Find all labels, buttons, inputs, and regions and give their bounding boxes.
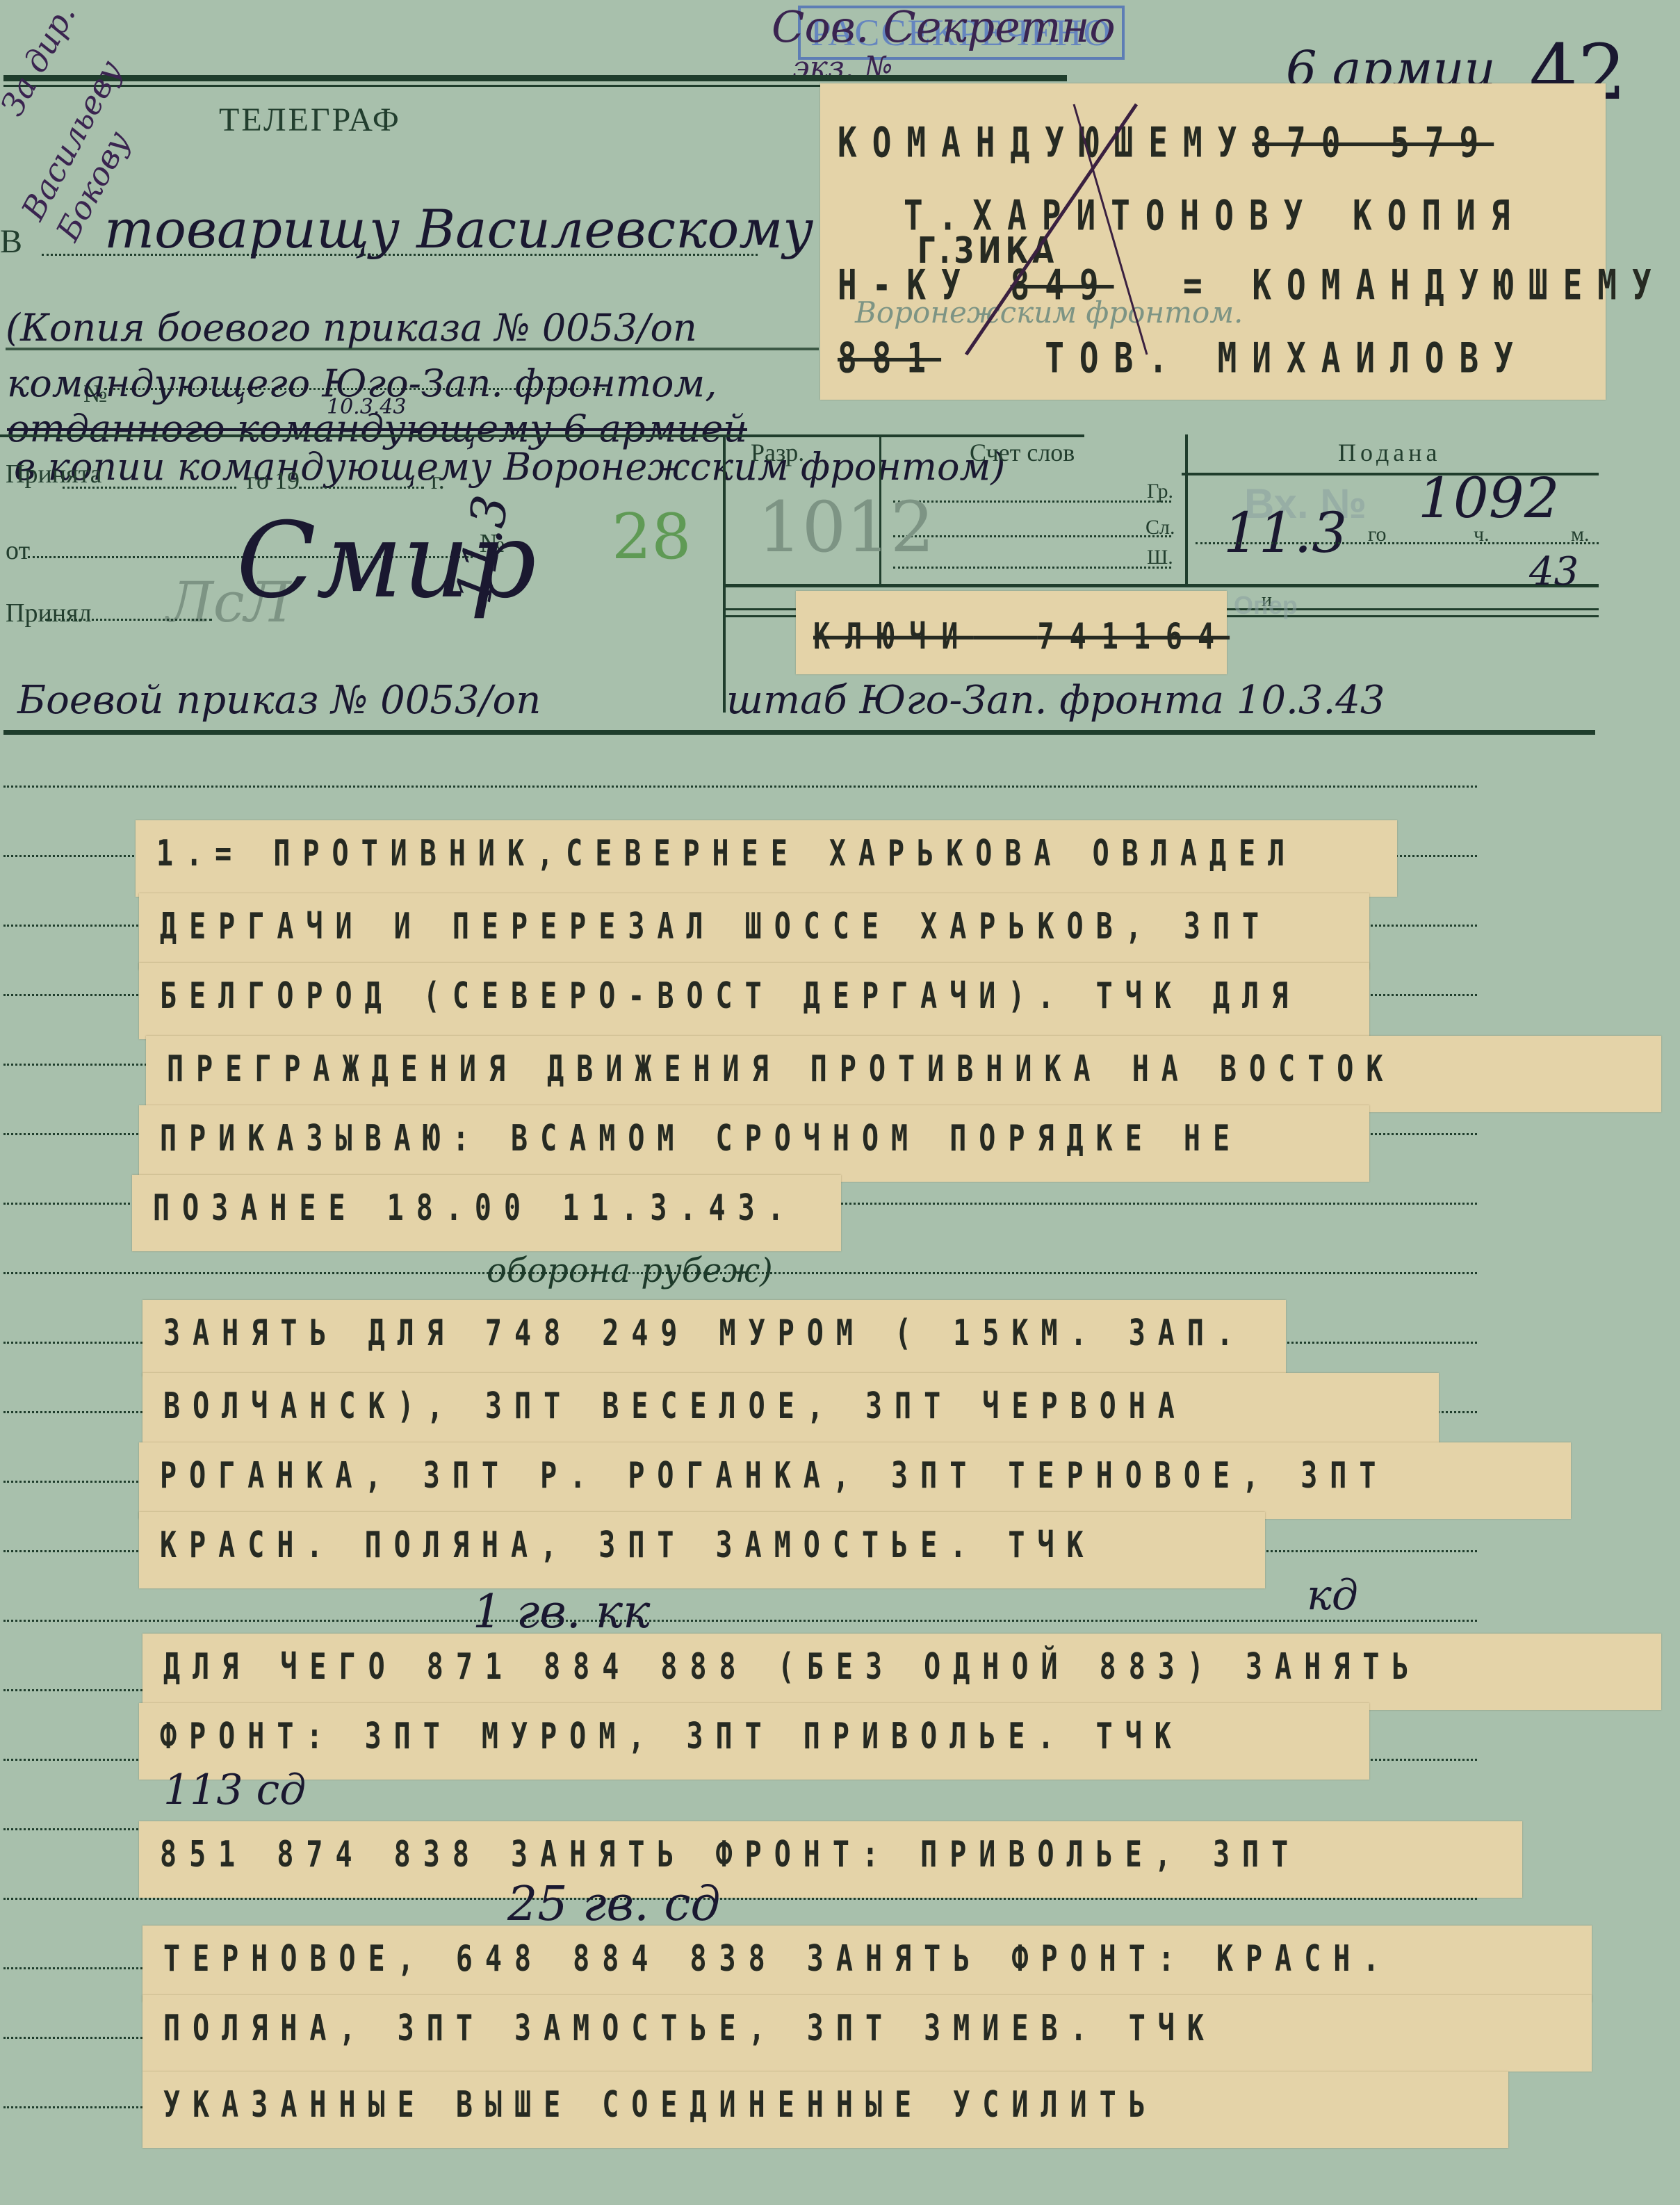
accepted-g: г. [431,466,445,495]
message-line: РОГАНКА, ЗПТ Р. РОГАНКА, ЗПТ ТЕРНОВОЕ, З… [160,1458,1388,1494]
accepted-year-line [299,487,424,489]
message-line: 851 874 838 ЗАНЯТЬ ФРОНТ: ПРИВОЛЬЕ, ЗПТ [160,1837,1300,1873]
message-line: ПРЕГРАЖДЕНИЯ ДВИЖЕНИЯ ПРОТИВНИКА НА ВОСТ… [167,1051,1395,1087]
ruled-line [3,1898,1477,1900]
copy-note-line-4: в копии командующему Воронежским фронтом… [14,445,1005,489]
message-line: КРАСН. ПОЛЯНА, ЗПТ ЗАМОСТЬЕ. ТЧК [160,1527,1096,1563]
accepted-19: 19 [275,466,300,495]
form-title: ТЕЛЕГРАФ [219,101,401,139]
received-line [45,619,212,621]
table-rule-bottom [723,584,1599,587]
message-line: ДЕРГАЧИ И ПЕРЕРЕЗАЛ ШОССЕ ХАРЬКОВ, ЗПТ [160,909,1271,945]
message-line: ПОЗАНЕЕ 18.00 11.3.43. [153,1190,797,1226]
sl-line [893,535,1171,537]
message-line: ПОЛЯНА, ЗПТ ЗАМОСТЬЕ, ЗПТ ЗМИЕВ. ТЧК [163,2010,1216,2047]
ruled-line [3,786,1477,788]
received-by-label: Принял [6,598,92,628]
to-prefix: В [0,222,22,261]
submitted-date: 11.3 [1223,501,1347,565]
message-line: ДЛЯ ЧЕГО 871 884 888 (БЕЗ ОДНОЙ 883) ЗАН… [163,1649,1421,1685]
kd-note: кд [1307,1571,1358,1620]
time-go: го [1368,523,1387,546]
rifle-div-25-note: 25 гв. сд [507,1877,721,1932]
header-rule [3,75,1067,81]
sh-line [893,567,1171,569]
defense-line-note: оборона рубеж) [487,1251,773,1290]
submitted-year: 43 [1529,549,1579,594]
order-ref-right: штаб Юго-Зап. фронта 10.3.43 [726,678,1385,723]
order-ref-left: Боевой приказ № 0053/оп [17,678,541,723]
time-ch: ч. [1474,523,1490,546]
message-line: ТЕРНОВОЕ, 648 884 838 ЗАНЯТЬ ФРОНТ: КРАС… [163,1941,1392,1977]
cavalry-corps-note: 1 гв. кк [473,1585,651,1638]
ops-dept-stamp: Опер [1234,591,1298,620]
green-number: 28 [612,501,692,573]
message-line: 1.= ПРОТИВНИК,СЕВЕРНЕЕ ХАРЬКОВА ОВЛАДЕЛ [156,836,1297,872]
addressee: товарищу Василевскому [104,198,813,260]
message-line: ВОЛЧАНСК), ЗПТ ВЕСЕЛОЕ, ЗПТ ЧЕРВОНА [163,1388,1187,1424]
from-label: от [6,535,30,566]
top-secret-note: Сов. Секретно [772,1,1116,52]
table-vline-1 [723,434,726,713]
accepted-go: го [247,466,269,495]
ruled-line [3,1620,1477,1622]
copy-note-line-1: (Копия боевого приказа № 0053/оп [6,306,697,350]
rifle-div-113-note: 113 сд [163,1766,306,1814]
col-word-count: Счет слов [970,438,1075,467]
accepted-label: Принята [6,459,102,489]
submitted-time-line [1196,542,1599,544]
time-m: м. [1571,523,1589,546]
cross-out-mark [904,90,1223,368]
row-gr: Гр. [1147,480,1173,503]
message-line: ЗАНЯТЬ ДЛЯ 748 249 МУРОМ ( 15КМ. ЗАП. [163,1315,1246,1351]
row-sh: Ш. [1147,546,1173,569]
incoming-number: 1092 [1418,466,1560,530]
gr-line [893,501,1171,503]
message-line: УКАЗАННЫЕ ВЫШЕ СОЕДИНЕННЫЕ УСИЛИТЬ [163,2087,1158,2123]
copy-note-underline [6,348,819,350]
razr-number: 1012 [758,487,935,568]
message-line: ФРОНТ: ЗПТ МУРОМ, ЗПТ ПРИВОЛЬЕ. ТЧК [160,1718,1184,1755]
col-razr: Разр. [751,438,804,467]
message-line: БЕЛГОРОД (СЕВЕРО-ВОСТ ДЕРГАЧИ). ТЧК ДЛЯ [160,978,1300,1014]
copy-note-line-3: отданного командующему 6 армией [7,407,747,450]
table-vline-3 [1185,434,1188,584]
message-line: ПРИКАЗЫВАЮ: ВСАМОМ СРОЧНОМ ПОРЯДКЕ НЕ [160,1121,1242,1157]
form-rule-2 [0,434,1084,437]
col-submitted: Подана [1338,438,1442,467]
keys-text: КЛЮЧИ 741164 [813,619,1230,655]
body-top-rule [3,730,1595,735]
row-sl: Сл. [1145,516,1175,539]
accepted-line [63,487,236,489]
